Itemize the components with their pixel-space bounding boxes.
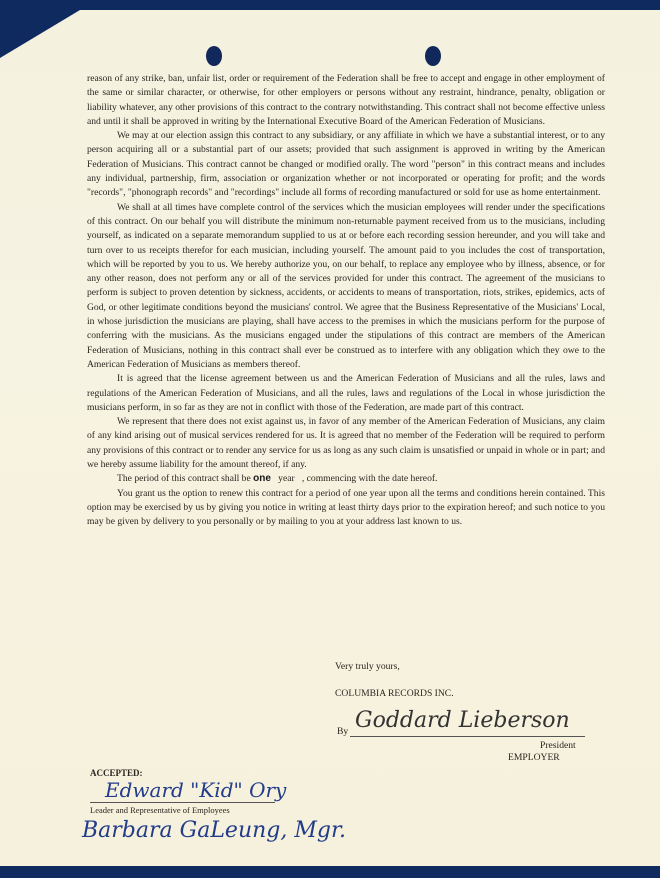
binder-hole [425,46,441,66]
leader-signature-line [90,802,275,803]
paragraph: We represent that there does not exist a… [87,415,605,472]
period-clause: The period of this contract shall be one… [87,472,605,486]
contract-body: reason of any strike, ban, unfair list, … [87,72,605,530]
binder-hole [206,46,222,66]
manager-signature: Barbara GaLeung, Mgr. [82,818,346,843]
employer-signature: Goddard Lieberson [355,708,570,733]
leader-signature: Edward "Kid" Ory [105,778,286,802]
paragraph: We shall at all times have complete cont… [87,201,605,373]
period-value: one [253,473,271,484]
accepted-label: ACCEPTED: [90,768,143,778]
salutation: Very truly yours, [335,661,400,672]
signer-title: President [540,740,576,751]
period-unit: year [278,473,295,484]
period-suffix: , commencing with the date hereof. [302,473,438,484]
leader-caption: Leader and Representative of Employees [90,805,230,815]
period-prefix: The period of this contract shall be [117,473,251,484]
renewal-clause: You grant us the option to renew this co… [87,487,605,530]
paragraph: It is agreed that the license agreement … [87,372,605,415]
paragraph: We may at our election assign this contr… [87,129,605,200]
by-label: By [337,726,348,737]
paragraph: reason of any strike, ban, unfair list, … [87,72,605,129]
company-name: COLUMBIA RECORDS INC. [335,688,454,699]
employer-label: EMPLOYER [508,752,560,763]
employer-signature-line [350,736,585,737]
